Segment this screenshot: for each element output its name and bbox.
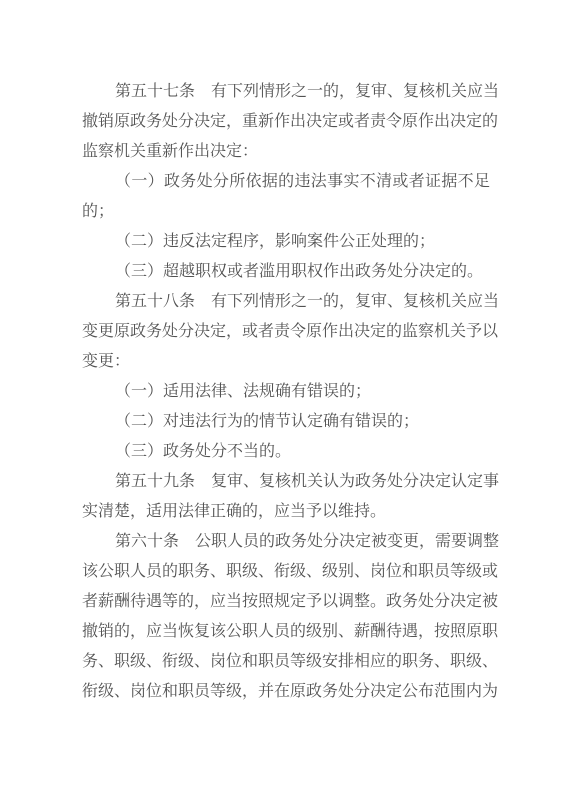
text-line: 者薪酬待遇等的，应当按照规定予以调整。政务处分决定被	[82, 587, 490, 617]
text-line: （三）政务处分不当的。	[82, 437, 490, 467]
document-page: 第五十七条 有下列情形之一的，复审、复核机关应当 撤销原政务处分决定，重新作出决…	[0, 0, 565, 800]
text-line: 的；	[82, 197, 490, 227]
text-line: 第五十八条 有下列情形之一的，复审、复核机关应当	[82, 287, 490, 317]
text-line: （一）政务处分所依据的违法事实不清或者证据不足	[82, 167, 490, 197]
text-line: （一）适用法律、法规确有错误的；	[82, 377, 490, 407]
text-line: 变更：	[82, 347, 490, 377]
text-line: 变更原政务处分决定，或者责令原作出决定的监察机关予以	[82, 317, 490, 347]
text-line: 撤销的，应当恢复该公职人员的级别、薪酬待遇，按照原职	[82, 617, 490, 647]
text-line: 实清楚，适用法律正确的，应当予以维持。	[82, 497, 490, 527]
text-line: 撤销原政务处分决定，重新作出决定或者责令原作出决定的	[82, 107, 490, 137]
document-body: 第五十七条 有下列情形之一的，复审、复核机关应当 撤销原政务处分决定，重新作出决…	[82, 77, 490, 707]
text-line: 第六十条 公职人员的政务处分决定被变更，需要调整	[82, 527, 490, 557]
text-line: （三）超越职权或者滥用职权作出政务处分决定的。	[82, 257, 490, 287]
text-line: 务、职级、衔级、岗位和职员等级安排相应的职务、职级、	[82, 647, 490, 677]
text-line: （二）违反法定程序，影响案件公正处理的；	[82, 227, 490, 257]
text-line: 第五十九条 复审、复核机关认为政务处分决定认定事	[82, 467, 490, 497]
text-line: （二）对违法行为的情节认定确有错误的；	[82, 407, 490, 437]
text-line: 衔级、岗位和职员等级，并在原政务处分决定公布范围内为	[82, 677, 490, 707]
text-line: 监察机关重新作出决定：	[82, 137, 490, 167]
text-line: 该公职人员的职务、职级、衔级、级别、岗位和职员等级或	[82, 557, 490, 587]
text-line: 第五十七条 有下列情形之一的，复审、复核机关应当	[82, 77, 490, 107]
